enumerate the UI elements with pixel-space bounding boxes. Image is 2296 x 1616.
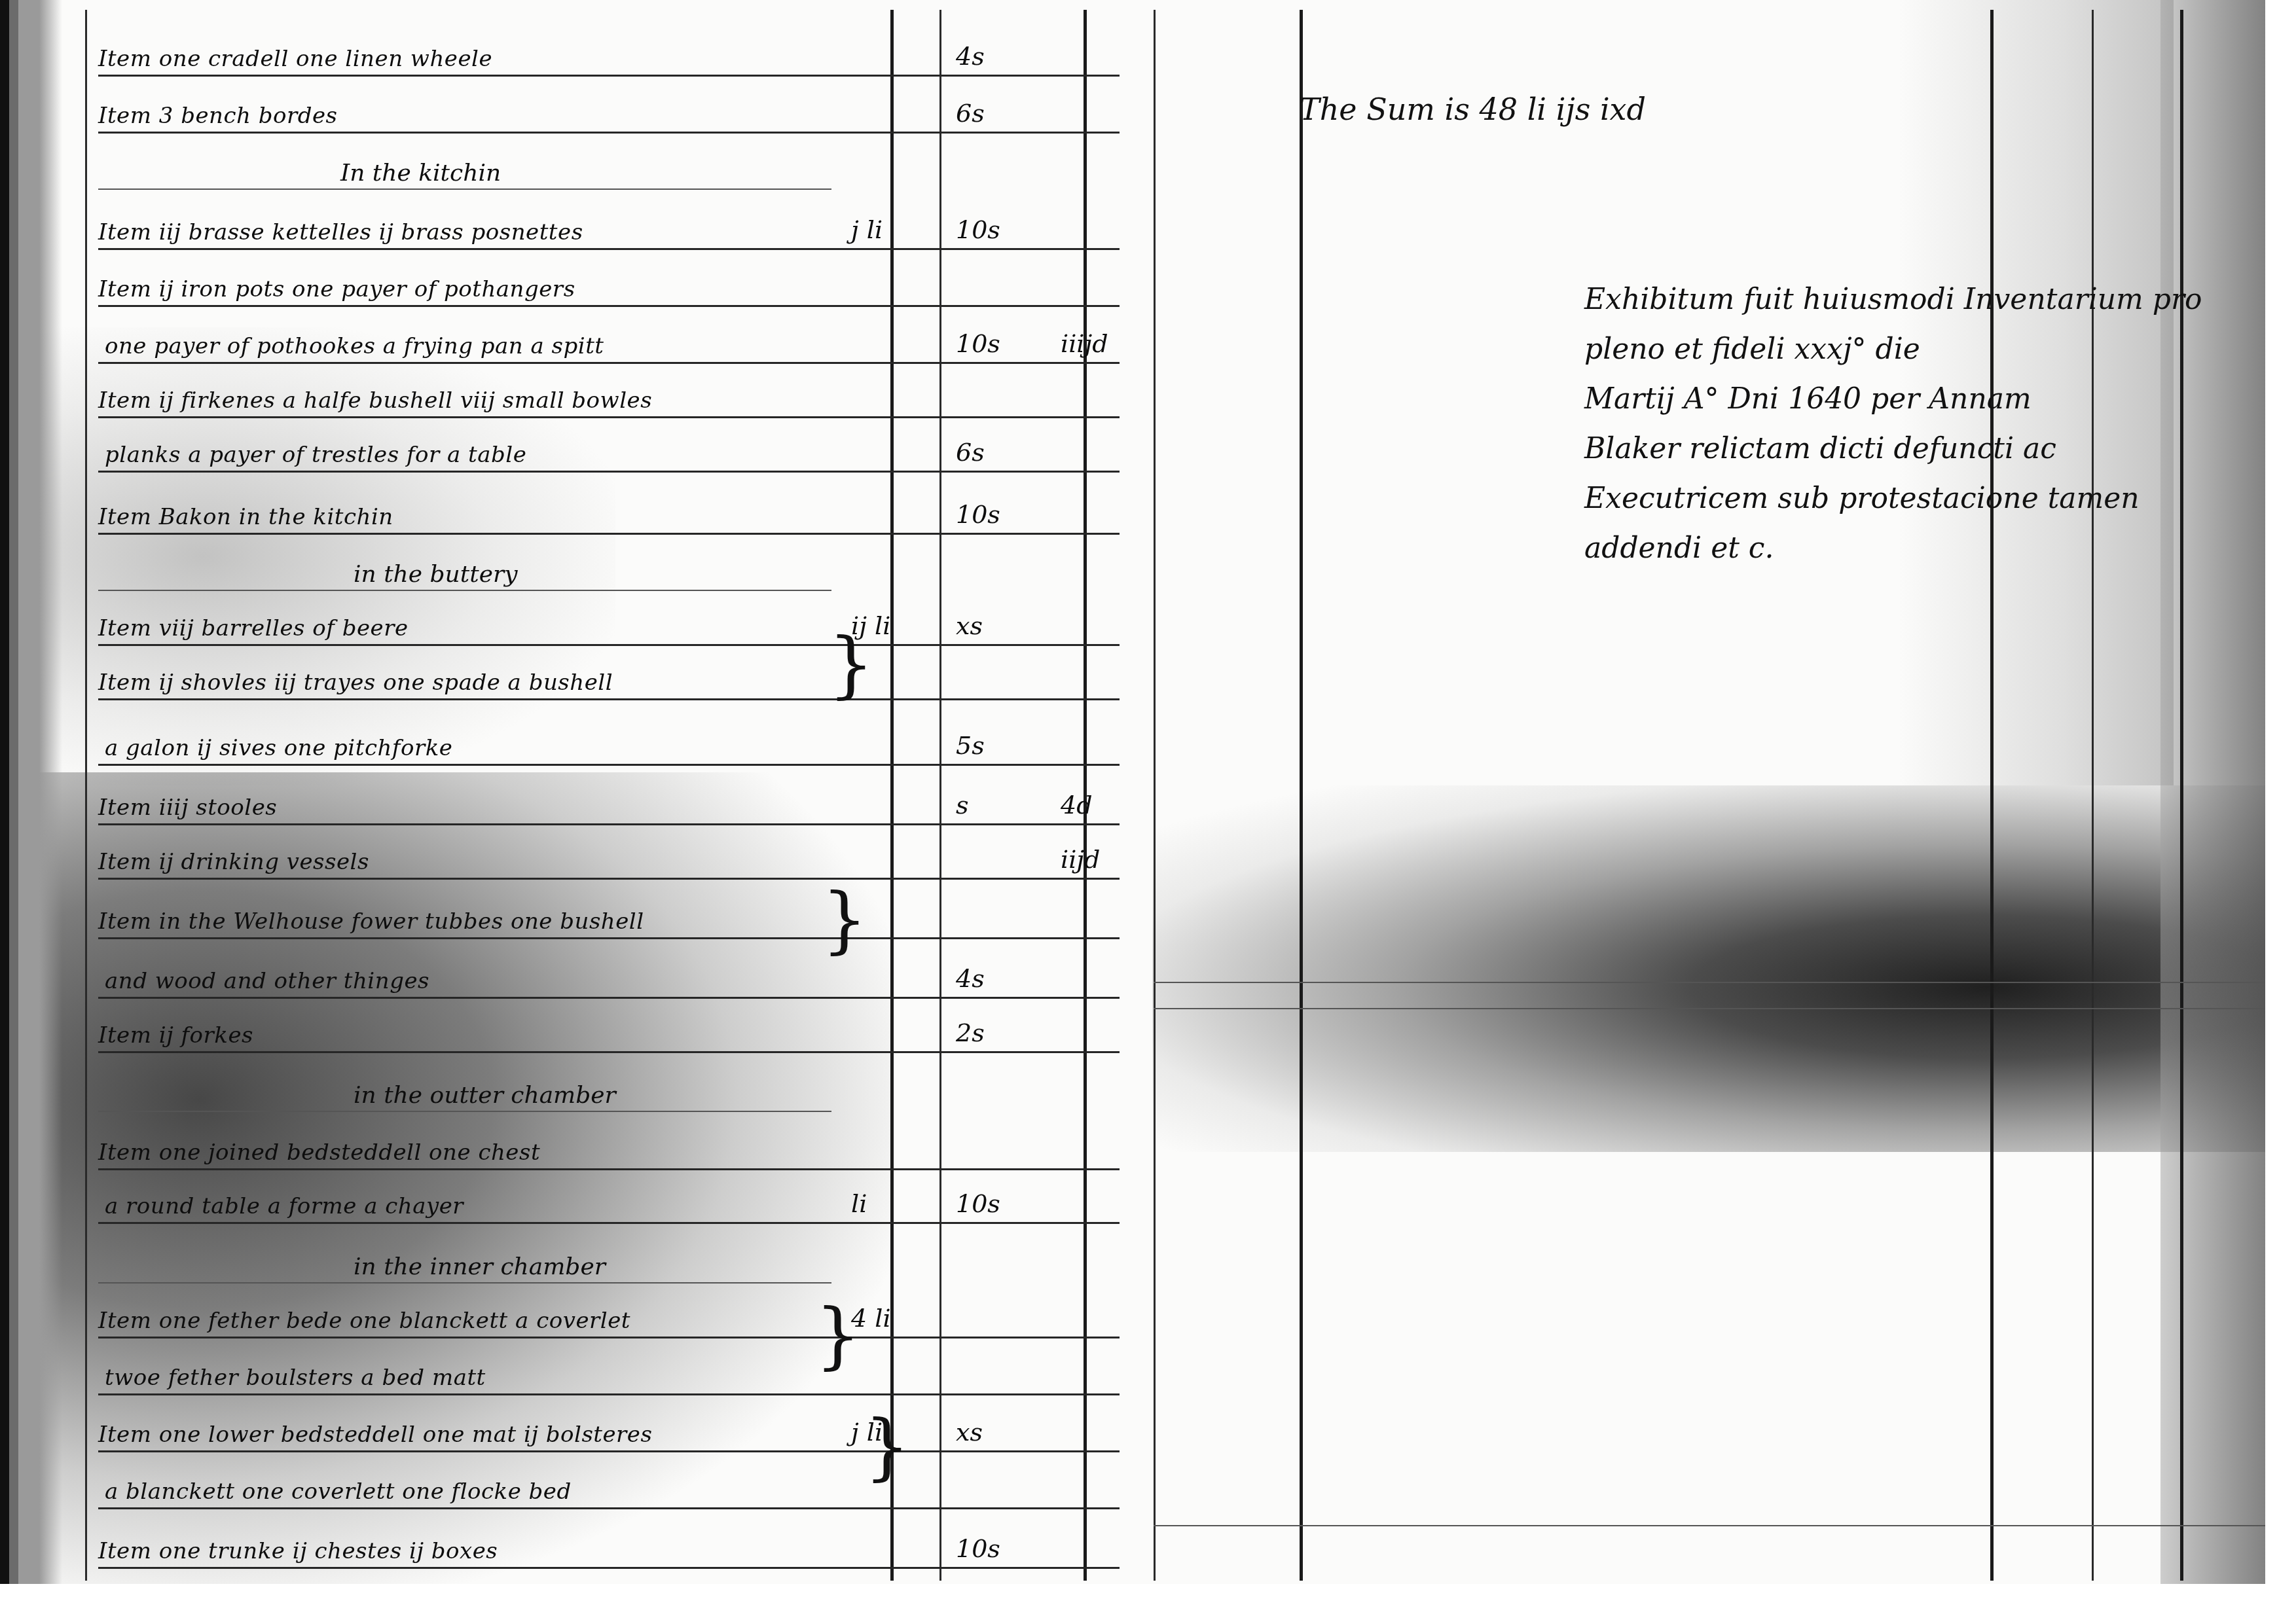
exhibit-line: Executricem sub protestacione tamen	[1584, 474, 2202, 524]
shillings-value: 6s	[956, 438, 985, 467]
right-column-rule-2	[2092, 10, 2094, 1581]
shillings-value: 6s	[956, 99, 985, 128]
inventory-item: Item 3 bench bordes	[98, 103, 338, 129]
ruled-line	[98, 644, 1120, 646]
inventory-item: a blanckett one coverlett one flocke bed	[105, 1479, 572, 1505]
shillings-value: 2s	[956, 1018, 985, 1047]
inventory-item: a galon ij sives one pitchforke	[105, 735, 452, 761]
exhibit-line: Exhibitum fuit huiusmodi Inventarium pro	[1584, 275, 2202, 325]
shillings-value: 10s	[956, 1534, 1000, 1563]
inventory-item: planks a payer of trestles for a table	[105, 442, 526, 468]
shillings-value: 10s	[956, 329, 1000, 358]
room-heading: in the outter chamber	[354, 1082, 616, 1109]
inventory-item: Item ij firkenes a halfe bushell viij sm…	[98, 387, 652, 414]
inventory-item: one payer of pothookes a frying pan a sp…	[105, 333, 604, 359]
inventory-item: Item one joined bedsteddell one chest	[98, 1140, 540, 1166]
ruled-line	[98, 75, 1120, 77]
bracket-buttery: }	[828, 628, 874, 700]
page-bottom-margin	[0, 1584, 2296, 1616]
bracket-welhouse: }	[822, 884, 867, 956]
shillings-value: 4s	[956, 964, 985, 993]
ruled-line	[1154, 982, 2265, 983]
room-heading: in the inner chamber	[354, 1253, 606, 1280]
ruled-line	[98, 471, 1120, 473]
ruled-line	[98, 362, 1120, 364]
ruled-line	[98, 1222, 1120, 1224]
ruled-line	[98, 132, 1120, 134]
bracket-fether-bed: }	[815, 1299, 861, 1371]
pounds-value: li	[851, 1189, 867, 1218]
ruled-line	[98, 590, 831, 591]
inventory-item: Item one cradell one linen wheele	[98, 46, 492, 72]
inventory-item: Item one trunke ij chestes ij boxes	[98, 1538, 498, 1564]
inventory-total: The Sum is 48 li ijs ixd	[1300, 92, 1646, 127]
exhibit-clause: Exhibitum fuit huiusmodi Inventarium pro…	[1584, 275, 2202, 573]
ruled-line	[1154, 1525, 2265, 1526]
ruled-line	[98, 533, 1120, 535]
ruled-line	[98, 878, 1120, 880]
shillings-value: xs	[956, 611, 983, 640]
inventory-item: Item ij drinking vessels	[98, 849, 369, 875]
ruled-line	[98, 189, 831, 190]
ruled-line	[98, 698, 1120, 700]
inventory-item: Item iiij stooles	[98, 795, 277, 821]
inventory-item: Item one lower bedsteddell one mat ij bo…	[98, 1422, 652, 1448]
inventory-item: Item in the Welhouse fower tubbes one bu…	[98, 908, 644, 935]
inventory-item: Item ij forkes	[98, 1022, 253, 1049]
pounds-value: j li	[851, 215, 883, 244]
ruled-line	[98, 1051, 1120, 1053]
exhibit-line: addendi et c.	[1584, 524, 2202, 573]
right-column-rule-1	[1990, 10, 1994, 1581]
inventory-item: twoe fether boulsters a bed matt	[105, 1365, 486, 1391]
inventory-item: Item iij brasse kettelles ij brass posne…	[98, 219, 583, 245]
exhibit-line: Blaker relictam dicti defuncti ac	[1584, 424, 2202, 474]
ruled-line	[98, 997, 1120, 999]
room-heading: in the buttery	[354, 561, 518, 588]
room-heading: In the kitchin	[340, 160, 501, 187]
bracket-lower-bed: }	[864, 1410, 910, 1482]
pence-value: iijd	[1061, 845, 1100, 874]
ruled-line	[98, 1337, 1120, 1338]
pence-value: 4d	[1061, 791, 1093, 819]
ruled-line	[98, 1507, 1120, 1509]
inventory-item: Item ij shovles iij trayes one spade a b…	[98, 670, 613, 696]
inventory-item: a round table a forme a chayer	[105, 1193, 464, 1219]
inventory-item: Item viij barrelles of beere	[98, 615, 409, 641]
shillings-value: xs	[956, 1418, 983, 1446]
page-edge	[2265, 0, 2296, 1616]
ruled-line	[1154, 1008, 2265, 1009]
pounds-column-rule	[890, 10, 894, 1581]
ruled-line	[98, 248, 1120, 250]
shillings-value: 10s	[956, 215, 1000, 244]
right-column-rule-3	[2180, 10, 2183, 1581]
pence-value: iiijd	[1061, 329, 1108, 358]
shillings-value: 5s	[956, 731, 985, 760]
ruled-line	[98, 1168, 1120, 1170]
inventory-item: and wood and other thinges	[105, 968, 429, 994]
exhibit-line: pleno et fideli xxxj° die	[1584, 325, 2202, 374]
ruled-line	[98, 1111, 831, 1112]
shillings-value: 10s	[956, 500, 1000, 529]
ruled-line	[98, 305, 1120, 307]
page-gutter-rule	[1154, 10, 1156, 1581]
left-margin-rule	[85, 10, 87, 1581]
shillings-value: 10s	[956, 1189, 1000, 1218]
ruled-line	[98, 764, 1120, 766]
inventory-item: Item ij iron pots one payer of pothanger…	[98, 276, 575, 302]
ruled-line	[98, 937, 1120, 939]
right-page-margin-rule	[1300, 10, 1303, 1581]
inventory-item: Item one fether bede one blanckett a cov…	[98, 1308, 630, 1334]
ruled-line	[98, 1450, 1120, 1452]
ruled-line	[98, 823, 1120, 825]
exhibit-line: Martij A° Dni 1640 per Annam	[1584, 374, 2202, 424]
ruled-line	[98, 1567, 1120, 1569]
inventory-item: Item Bakon in the kitchin	[98, 504, 393, 530]
ruled-line	[98, 1393, 1120, 1395]
shillings-value: s	[956, 791, 969, 819]
shillings-value: 4s	[956, 42, 985, 71]
ruled-line	[98, 1282, 831, 1284]
shillings-column-rule	[939, 10, 941, 1581]
ruled-line	[98, 416, 1120, 418]
